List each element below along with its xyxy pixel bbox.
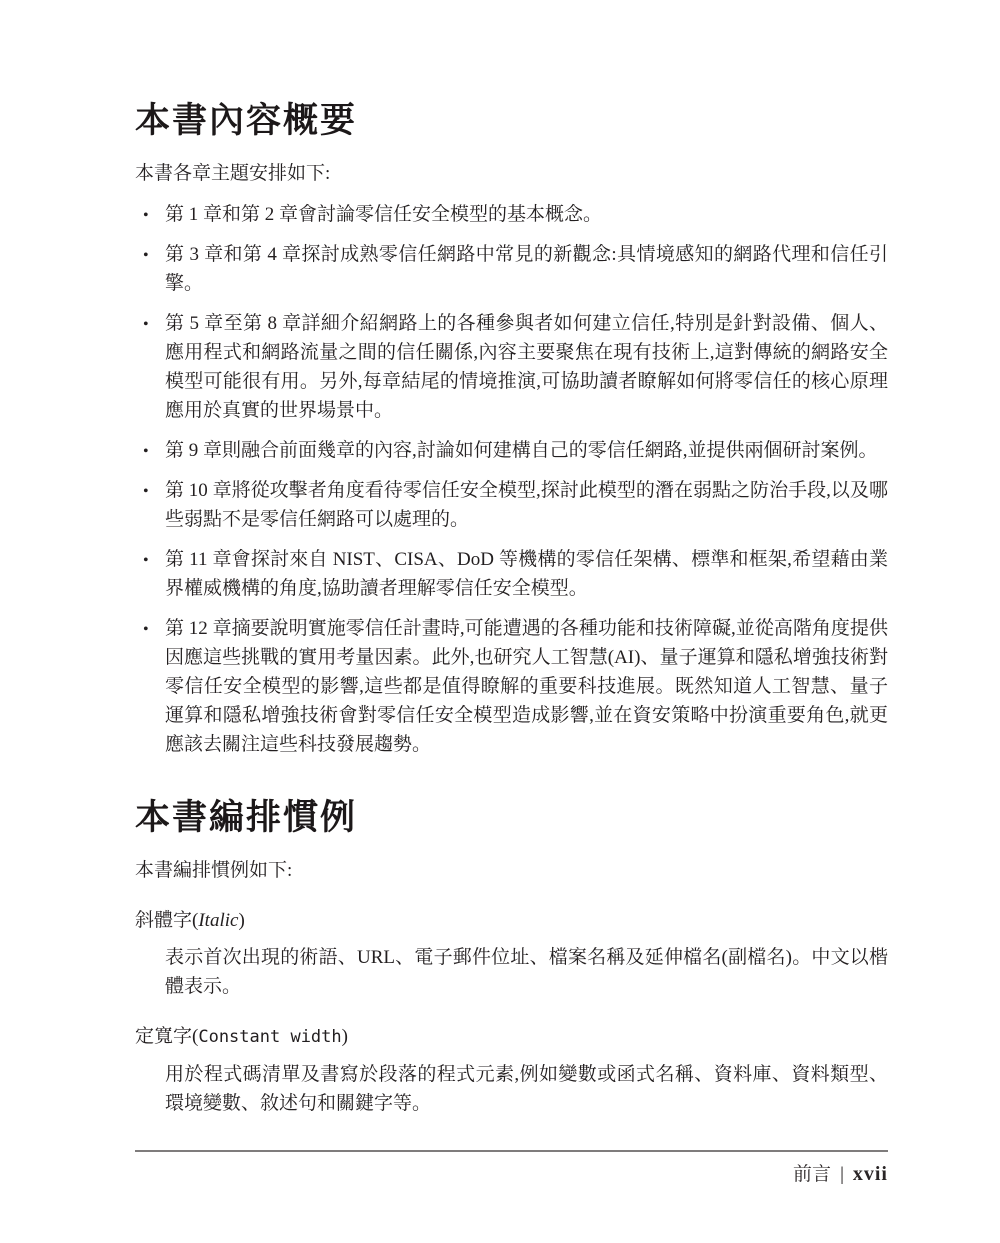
page-footer: 前言|xvii [135, 1150, 888, 1188]
bullet-icon: • [143, 241, 149, 270]
list-item-text: 第 5 章至第 8 章詳細介紹網路上的各種參與者如何建立信任,特別是針對設備、個… [165, 313, 888, 421]
footer-separator: | [840, 1162, 844, 1188]
convention-term-zh: 斜體字 [135, 910, 192, 931]
convention-constant-width: 定寬字(Constant width) 用於程式碼清單及書寫於段落的程式元素,例… [135, 1022, 888, 1118]
paren-close: ) [342, 1026, 348, 1047]
footer-section-label: 前言 [793, 1164, 831, 1185]
list-item-text: 第 1 章和第 2 章會討論零信任安全模型的基本概念。 [165, 204, 602, 225]
list-item-text: 第 12 章摘要說明實施零信任計畫時,可能遭遇的各種功能和技術障礙,並從高階角度… [165, 618, 888, 755]
bullet-icon: • [143, 310, 149, 339]
bullet-icon: • [143, 615, 149, 644]
conventions-list: 斜體字(Italic) 表示首次出現的術語、URL、電子郵件位址、檔案名稱及延伸… [135, 906, 888, 1118]
list-item: • 第 10 章將從攻擊者角度看待零信任安全模型,探討此模型的潛在弱點之防治手段… [135, 476, 888, 534]
list-item: • 第 3 章和第 4 章探討成熟零信任網路中常見的新觀念:具情境感知的網路代理… [135, 240, 888, 298]
list-item: • 第 9 章則融合前面幾章的內容,討論如何建構自己的零信任網路,並提供兩個研討… [135, 436, 888, 465]
convention-description: 用於程式碼清單及書寫於段落的程式元素,例如變數或函式名稱、資料庫、資料類型、環境… [165, 1060, 888, 1118]
list-item: • 第 1 章和第 2 章會討論零信任安全模型的基本概念。 [135, 200, 888, 229]
convention-description: 表示首次出現的術語、URL、電子郵件位址、檔案名稱及延伸檔名(副檔名)。中文以楷… [165, 943, 888, 1001]
convention-italic: 斜體字(Italic) 表示首次出現的術語、URL、電子郵件位址、檔案名稱及延伸… [135, 906, 888, 1001]
conventions-intro: 本書編排慣例如下: [135, 856, 888, 885]
bullet-icon: • [143, 546, 149, 575]
footer-divider [135, 1150, 888, 1152]
list-item-text: 第 10 章將從攻擊者角度看待零信任安全模型,探討此模型的潛在弱點之防治手段,以… [165, 480, 888, 530]
list-item: • 第 5 章至第 8 章詳細介紹網路上的各種參與者如何建立信任,特別是針對設備… [135, 309, 888, 425]
book-page: 本書內容概要 本書各章主題安排如下: • 第 1 章和第 2 章會討論零信任安全… [0, 0, 1000, 1243]
list-item-text: 第 3 章和第 4 章探討成熟零信任網路中常見的新觀念:具情境感知的網路代理和信… [165, 244, 888, 294]
bullet-icon: • [143, 437, 149, 466]
chapter-list: • 第 1 章和第 2 章會討論零信任安全模型的基本概念。 • 第 3 章和第 … [135, 200, 888, 759]
convention-term-zh: 定寬字 [135, 1026, 192, 1047]
overview-intro: 本書各章主題安排如下: [135, 159, 888, 188]
list-item-text: 第 9 章則融合前面幾章的內容,討論如何建構自己的零信任網路,並提供兩個研討案例… [165, 440, 878, 461]
page-content: 本書內容概要 本書各章主題安排如下: • 第 1 章和第 2 章會討論零信任安全… [135, 0, 888, 1118]
convention-term-en: Italic [198, 910, 238, 931]
footer-page-number: xvii [853, 1163, 888, 1185]
list-item-text: 第 11 章會探討來自 NIST、CISA、DoD 等機構的零信任架構、標準和框… [165, 549, 888, 599]
paren-close: ) [238, 910, 244, 931]
list-item: • 第 11 章會探討來自 NIST、CISA、DoD 等機構的零信任架構、標準… [135, 545, 888, 603]
convention-term-en: Constant width [198, 1027, 341, 1047]
bullet-icon: • [143, 477, 149, 506]
list-item: • 第 12 章摘要說明實施零信任計畫時,可能遭遇的各種功能和技術障礙,並從高階… [135, 614, 888, 759]
convention-term: 斜體字(Italic) [135, 906, 888, 935]
section-heading-conventions: 本書編排慣例 [135, 797, 888, 839]
footer-text: 前言|xvii [135, 1161, 888, 1188]
bullet-icon: • [143, 201, 149, 230]
section-heading-overview: 本書內容概要 [135, 100, 888, 142]
convention-term: 定寬字(Constant width) [135, 1022, 888, 1052]
